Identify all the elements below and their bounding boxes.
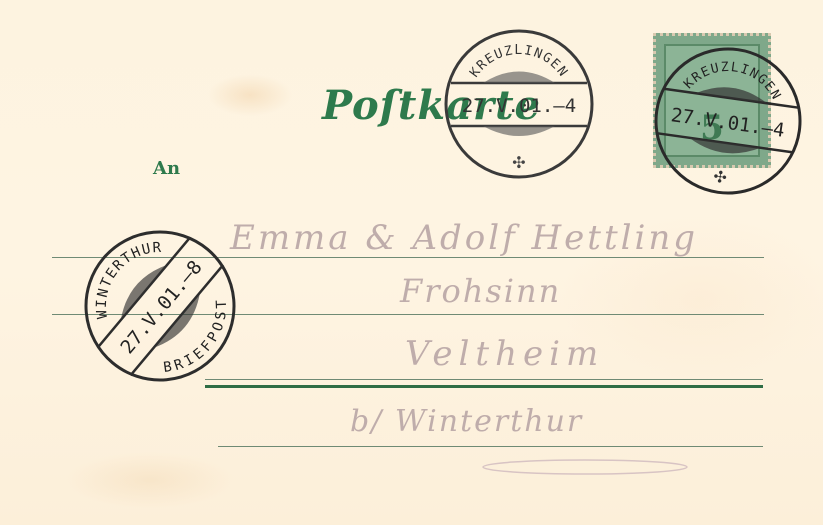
handwritten-city: b/ Winterthur [350,404,583,439]
postmark-kreuzlingen: KREUZLINGEN 27.V.01.—4 ✣ [443,28,595,180]
svg-text:27.V.01.—4: 27.V.01.—4 [462,95,576,117]
handwritten-town: Veltheim [405,334,604,374]
postmark-winterthur: WINTERTHUR 27.V.01.—8 BRIEFPOST [82,228,238,384]
handwritten-name: Emma & Adolf Hettling [230,218,698,258]
svg-text:✣: ✣ [712,167,728,188]
address-line-4 [218,446,763,447]
svg-text:27.V.01.—4: 27.V.01.—4 [670,104,786,142]
handwritten-house: Frohsinn [400,272,561,310]
handwritten-underline [480,455,700,485]
address-line-thick [205,385,763,388]
postmark-kreuzlingen-on-stamp: KREUZLINGEN 27.V.01.—4 ✣ [652,45,804,197]
to-label: An [153,158,180,179]
address-line-3 [205,379,763,380]
postcard: Poſtkarte An Emma & Adolf Hettling Frohs… [0,0,823,525]
svg-text:✣: ✣ [512,153,525,172]
